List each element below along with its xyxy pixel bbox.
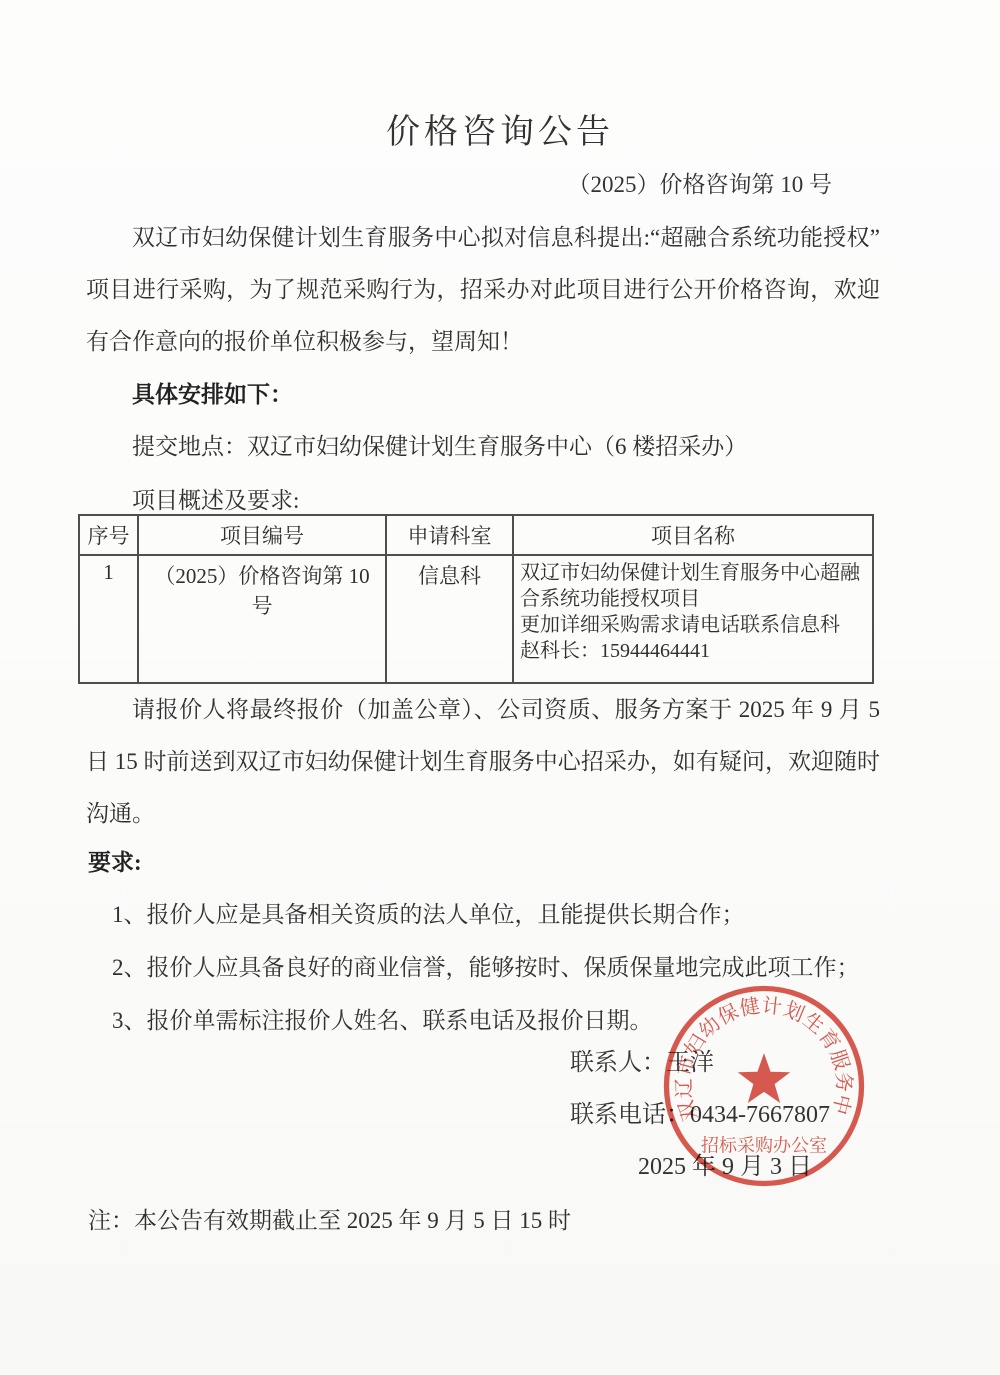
project-name-line: 更加详细采购需求请电话联系信息科 <box>520 612 866 638</box>
requirement-item-3: 3、报价单需标注报价人姓名、联系电话及报价日期。 <box>112 1002 653 1035</box>
submit-location-line: 提交地点：双辽市妇幼保健计划生育服务中心（6 楼招采办） <box>132 428 747 461</box>
project-name-line: 赵科长：15944464441 <box>520 638 866 664</box>
page-title: 价格咨询公告 <box>0 104 1000 153</box>
header-department: 申请科室 <box>386 515 513 555</box>
arrangement-heading: 具体安排如下： <box>132 376 293 409</box>
submission-paragraph: 请报价人将最终报价（加盖公章）、公司资质、服务方案于 2025 年 9 月 5 … <box>86 684 880 840</box>
table-row: 1 （2025）价格咨询第 10 号 信息科 双辽市妇幼保健计划生育服务中心超融… <box>79 555 873 683</box>
overview-heading: 项目概述及要求: <box>132 482 299 515</box>
header-project-no: 项目编号 <box>138 515 386 555</box>
requirement-item-1: 1、报价人应是具备相关资质的法人单位，且能提供长期合作； <box>112 896 745 929</box>
header-seq: 序号 <box>79 515 138 555</box>
contact-phone-line: 联系电话：0434-7667807 <box>570 1094 830 1129</box>
cell-project-name: 双辽市妇幼保健计划生育服务中心超融合系统功能授权项目 更加详细采购需求请电话联系… <box>513 555 873 683</box>
document-number: （2025）价格咨询第 10 号 <box>0 166 832 199</box>
cell-department: 信息科 <box>386 555 513 683</box>
cell-project-no: （2025）价格咨询第 10 号 <box>138 555 386 683</box>
project-name-line: 双辽市妇幼保健计划生育服务中心超融合系统功能授权项目 <box>520 560 866 612</box>
announcement-page: 价格咨询公告 （2025）价格咨询第 10 号 双辽市妇幼保健计划生育服务中心拟… <box>0 0 1000 1375</box>
requirements-heading: 要求: <box>88 844 142 877</box>
contact-person-line: 联系人：王洋 <box>570 1042 714 1077</box>
table-header-row: 序号 项目编号 申请科室 项目名称 <box>79 515 873 555</box>
intro-paragraph: 双辽市妇幼保健计划生育服务中心拟对信息科提出:“超融合系统功能授权”项目进行采购… <box>86 212 880 368</box>
document-date: 2025 年 9 月 3 日 <box>638 1146 812 1181</box>
validity-note: 注：本公告有效期截止至 2025 年 9 月 5 日 15 时 <box>88 1202 571 1235</box>
requirement-item-2: 2、报价人应具备良好的商业信誉，能够按时、保质保量地完成此项工作； <box>112 949 860 982</box>
project-table: 序号 项目编号 申请科室 项目名称 1 （2025）价格咨询第 10 号 信息科… <box>78 514 874 684</box>
cell-seq: 1 <box>79 555 138 683</box>
header-project-name: 项目名称 <box>513 515 873 555</box>
